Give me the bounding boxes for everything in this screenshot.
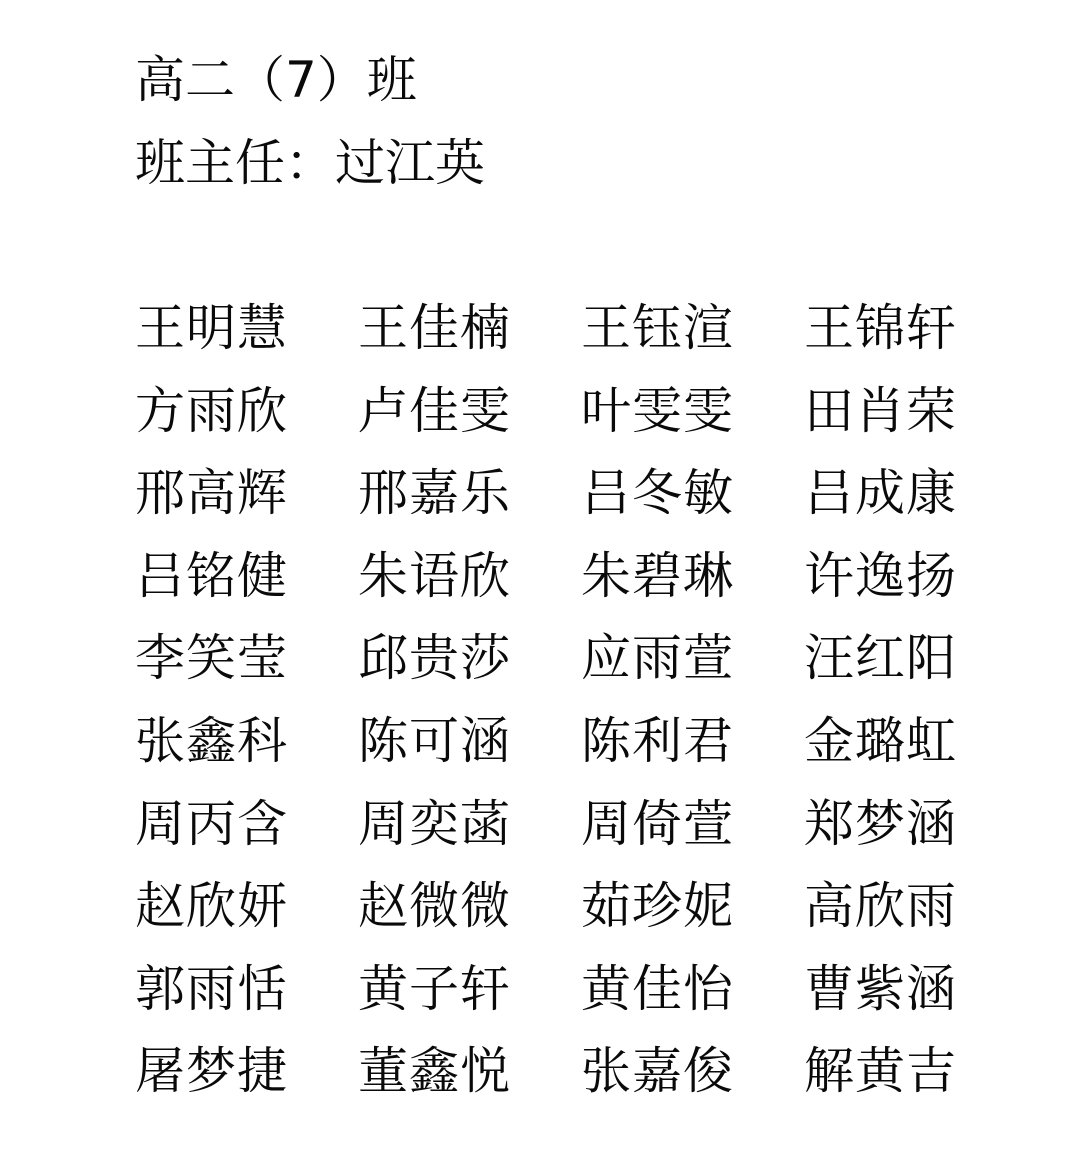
student-name: 应雨萱	[581, 628, 804, 711]
student-name: 周倚萱	[581, 794, 804, 877]
student-name: 黄子轩	[358, 959, 581, 1042]
student-name: 茹珍妮	[581, 876, 804, 959]
student-name: 王佳楠	[358, 298, 581, 381]
student-name: 许逸扬	[804, 546, 1027, 629]
student-name: 叶雯雯	[581, 381, 804, 464]
student-name: 曹紫涵	[804, 959, 1027, 1042]
student-name: 李笑莹	[135, 628, 358, 711]
student-name: 周丙含	[135, 794, 358, 877]
student-name: 邢高辉	[135, 463, 358, 546]
student-name: 王钰渲	[581, 298, 804, 381]
student-name: 金璐虹	[804, 711, 1027, 794]
student-name: 赵欣妍	[135, 876, 358, 959]
student-name: 卢佳雯	[358, 381, 581, 464]
student-name: 董鑫悦	[358, 1041, 581, 1124]
student-name: 邱贵莎	[358, 628, 581, 711]
student-name: 吕冬敏	[581, 463, 804, 546]
student-name: 田肖荣	[804, 381, 1027, 464]
student-name: 陈可涵	[358, 711, 581, 794]
student-name: 周奕菡	[358, 794, 581, 877]
student-name: 朱语欣	[358, 546, 581, 629]
student-name: 吕成康	[804, 463, 1027, 546]
head-teacher: 班主任：过江英	[135, 133, 485, 193]
student-name: 郭雨恬	[135, 959, 358, 1042]
student-name: 汪红阳	[804, 628, 1027, 711]
student-name: 郑梦涵	[804, 794, 1027, 877]
student-name: 方雨欣	[135, 381, 358, 464]
student-name: 屠梦捷	[135, 1041, 358, 1124]
student-name: 邢嘉乐	[358, 463, 581, 546]
student-name: 张嘉俊	[581, 1041, 804, 1124]
student-name: 吕铭健	[135, 546, 358, 629]
student-name: 张鑫科	[135, 711, 358, 794]
student-name: 朱碧琳	[581, 546, 804, 629]
student-name: 王明慧	[135, 298, 358, 381]
student-name: 陈利君	[581, 711, 804, 794]
class-title: 高二（7）班	[135, 50, 417, 110]
student-name: 解黄吉	[804, 1041, 1027, 1124]
student-name: 赵微微	[358, 876, 581, 959]
student-name: 王锦轩	[804, 298, 1027, 381]
student-name: 高欣雨	[804, 876, 1027, 959]
student-name-grid: 王明慧 王佳楠 王钰渲 王锦轩 方雨欣 卢佳雯 叶雯雯 田肖荣 邢高辉 邢嘉乐 …	[135, 298, 1027, 1124]
student-name: 黄佳怡	[581, 959, 804, 1042]
